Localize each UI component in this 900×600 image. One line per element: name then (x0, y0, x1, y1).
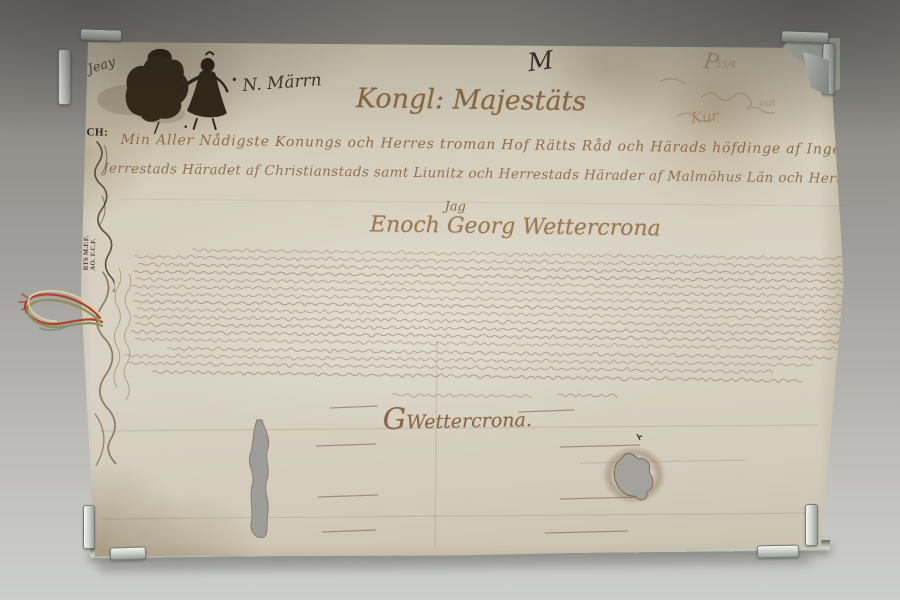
photo-stage: Jeay 32.SCH: RTS M.F.F. AO. F.C.F. N. Mä… (0, 0, 900, 600)
corner-clip-bottom-right (757, 545, 799, 559)
corner-clip-top-left (80, 28, 122, 41)
damage-overlay (0, 0, 900, 600)
corner-clip-bottom-left (110, 546, 146, 560)
parchment-tear (249, 420, 268, 538)
corner-clip-top-right (781, 30, 829, 44)
edge-clip-right-lower (805, 504, 818, 546)
edge-clip-left-lower (83, 505, 95, 549)
small-ink-mark (637, 434, 642, 440)
edge-clip-left-upper (58, 49, 71, 105)
seal-thread (12, 278, 112, 340)
fold-lines (100, 199, 845, 548)
fold-crease-dashes (316, 406, 645, 533)
